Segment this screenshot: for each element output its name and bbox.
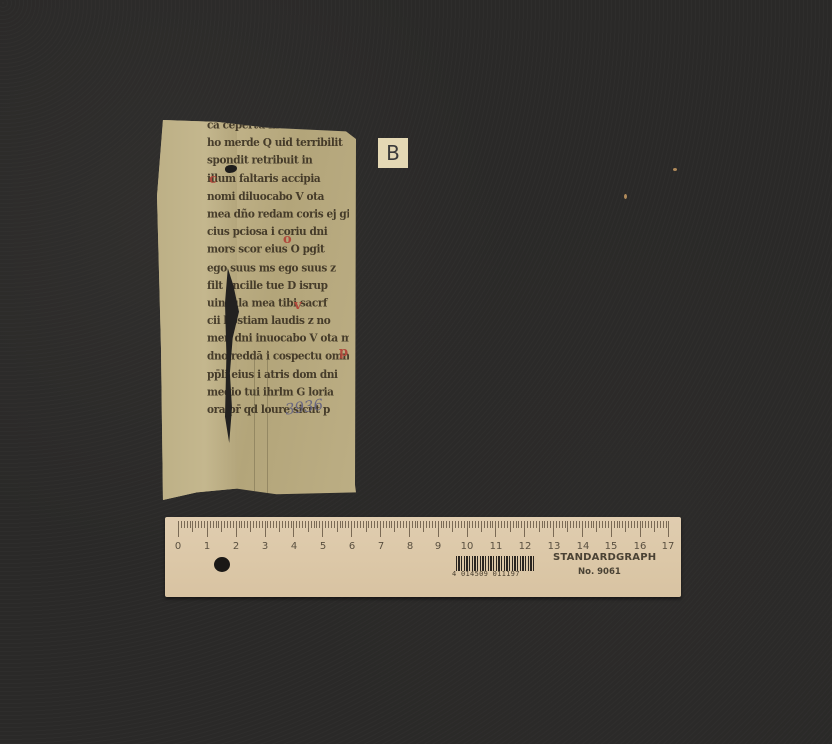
ruler-tick — [663, 521, 664, 528]
rubric-initial: p — [339, 345, 348, 360]
ruler-tick — [432, 521, 433, 528]
ruler-tick — [262, 521, 263, 528]
ruler-tick — [337, 521, 338, 532]
ruler-tick — [640, 521, 641, 537]
text-line: cius pciosa i coriu dni — [207, 223, 349, 241]
ruler-tick — [224, 521, 225, 528]
ruler-tick — [565, 521, 566, 528]
ruler-tick — [637, 521, 638, 528]
ruler-tick — [642, 521, 643, 528]
ruler: 0 1 2 3 4 5 6 7 8 9 10 11 12 13 14 15 16… — [165, 517, 681, 597]
ruler-tick — [374, 521, 375, 528]
ruler-model: No. 9061 — [578, 567, 621, 577]
text-line: ho merde Q uid terribilit — [207, 134, 349, 152]
ruler-tick — [461, 521, 462, 528]
ruler-tick — [617, 521, 618, 528]
ruler-tick — [273, 521, 274, 528]
ruler-tick — [403, 521, 404, 528]
ruler-tick — [325, 521, 326, 528]
dust-speck — [673, 168, 677, 171]
ruler-tick — [386, 521, 387, 528]
ruler-tick — [201, 521, 202, 528]
rubric-initial: o — [283, 232, 292, 247]
ruler-number: 16 — [634, 541, 647, 552]
ruler-number: 6 — [349, 541, 355, 552]
ruler-hang-hole — [214, 557, 230, 572]
ruler-tick — [322, 521, 323, 537]
ruler-tick — [423, 521, 424, 532]
ruler-tick — [187, 521, 188, 528]
ruler-number: 7 — [378, 541, 384, 552]
ruler-tick — [391, 521, 392, 528]
ruler-tick — [250, 521, 251, 532]
ruler-tick — [383, 521, 384, 528]
ruler-tick — [495, 521, 496, 537]
ruler-number: 17 — [662, 541, 675, 552]
ruler-tick — [666, 521, 667, 528]
ruler-tick — [544, 521, 545, 528]
ruler-tick — [409, 521, 410, 537]
rubric-initial: v — [294, 298, 302, 313]
ruler-tick — [244, 521, 245, 528]
ruler-tick — [504, 521, 505, 528]
ruler-tick — [184, 521, 185, 528]
ruler-tick — [366, 521, 367, 532]
ruler-number: 8 — [407, 541, 413, 552]
ruler-tick — [547, 521, 548, 528]
ruler-tick — [542, 521, 543, 528]
ruler-tick — [516, 521, 517, 528]
ruler-tick — [334, 521, 335, 528]
ruler-tick — [518, 521, 519, 528]
ruler-tick — [415, 521, 416, 528]
ruler-tick — [614, 521, 615, 528]
ruler-number: 3 — [262, 541, 268, 552]
dust-speck — [624, 194, 627, 199]
ruler-tick — [311, 521, 312, 528]
ruler-tick — [657, 521, 658, 528]
ruler-tick — [340, 521, 341, 528]
ruler-tick — [645, 521, 646, 528]
ruler-tick — [539, 521, 540, 532]
ruler-tick — [507, 521, 508, 528]
ruler-tick — [291, 521, 292, 528]
ruler-tick — [420, 521, 421, 528]
ruler-tick — [533, 521, 534, 528]
manuscript-fragment: ca cepertu meo omnis ho merde Q uid terr… — [157, 120, 356, 500]
ruler-tick — [576, 521, 577, 528]
ruler-tick — [397, 521, 398, 528]
ruler-tick — [490, 521, 491, 528]
ruler-tick — [394, 521, 395, 532]
ruler-tick — [446, 521, 447, 528]
ruler-tick — [319, 521, 320, 528]
ruler-tick — [190, 521, 191, 528]
parchment-crease — [267, 350, 268, 500]
ruler-tick — [631, 521, 632, 528]
ruler-tick — [449, 521, 450, 528]
ruler-tick — [236, 521, 237, 537]
ruler-tick — [588, 521, 589, 528]
ruler-number: 4 — [291, 541, 297, 552]
ruler-tick — [458, 521, 459, 528]
ruler-tick — [521, 521, 522, 528]
text-line: ca cepertu meo omnis — [207, 116, 349, 134]
ruler-tick — [314, 521, 315, 528]
ruler-tick — [475, 521, 476, 528]
ruler-tick — [305, 521, 306, 528]
ruler-tick — [371, 521, 372, 528]
ruler-tick — [582, 521, 583, 537]
ruler-tick — [363, 521, 364, 528]
ruler-number: 12 — [519, 541, 532, 552]
ruler-tick — [651, 521, 652, 528]
text-line: mea dño redam coris ej gi do — [207, 205, 349, 223]
ruler-tick — [619, 521, 620, 528]
ruler-tick — [328, 521, 329, 528]
ruler-tick — [478, 521, 479, 528]
ruler-tick — [345, 521, 346, 528]
ruler-tick — [181, 521, 182, 528]
ruler-tick — [270, 521, 271, 528]
ruler-tick — [611, 521, 612, 537]
ruler-tick — [276, 521, 277, 528]
ruler-tick — [654, 521, 655, 532]
ruler-tick — [570, 521, 571, 528]
ruler-tick — [608, 521, 609, 528]
ruler-tick — [648, 521, 649, 528]
ruler-tick — [377, 521, 378, 528]
ruler-ticks — [165, 517, 681, 547]
ruler-number: 0 — [175, 541, 181, 552]
ruler-tick — [256, 521, 257, 528]
ruler-tick — [484, 521, 485, 528]
ruler-tick — [455, 521, 456, 528]
ruler-tick — [213, 521, 214, 528]
ruler-tick — [469, 521, 470, 528]
barcode-number: 4 014509 011197 — [452, 570, 520, 578]
ruler-tick — [513, 521, 514, 528]
ruler-tick — [218, 521, 219, 528]
ruler-tick — [550, 521, 551, 528]
ruler-tick — [524, 521, 525, 537]
fragment-label: B — [378, 138, 408, 168]
ruler-tick — [559, 521, 560, 528]
ruler-brand: STANDARDGRAPH — [553, 552, 656, 563]
ruler-tick — [265, 521, 266, 537]
ruler-tick — [605, 521, 606, 528]
ruler-number: 5 — [320, 541, 326, 552]
ruler-tick — [553, 521, 554, 537]
ruler-tick — [628, 521, 629, 528]
ruler-tick — [498, 521, 499, 528]
ruler-tick — [308, 521, 309, 532]
ruler-tick — [579, 521, 580, 528]
ruler-tick — [267, 521, 268, 528]
ruler-tick — [602, 521, 603, 528]
ruler-tick — [354, 521, 355, 528]
ruler-tick — [192, 521, 193, 532]
ruler-tick — [429, 521, 430, 528]
ruler-tick — [360, 521, 361, 528]
ruler-tick — [599, 521, 600, 528]
rubric-initial: c — [209, 172, 217, 187]
label-text: B — [386, 141, 400, 165]
ruler-tick — [293, 521, 294, 537]
ruler-tick — [481, 521, 482, 532]
ruler-tick — [316, 521, 317, 528]
ruler-tick — [593, 521, 594, 528]
ruler-tick — [380, 521, 381, 537]
ruler-tick — [288, 521, 289, 528]
ruler-number: 1 — [204, 541, 210, 552]
ruler-tick — [285, 521, 286, 528]
ruler-tick — [207, 521, 208, 537]
text-line: mors scor eius O pgit — [207, 241, 349, 259]
ruler-tick — [417, 521, 418, 528]
ruler-tick — [510, 521, 511, 532]
text-line: nomi diluocabo V ota — [207, 187, 349, 205]
ruler-tick — [368, 521, 369, 528]
ruler-tick — [230, 521, 231, 528]
ruler-tick — [178, 521, 179, 537]
ruler-tick — [556, 521, 557, 528]
ruler-tick — [239, 521, 240, 528]
ruler-number: 9 — [435, 541, 441, 552]
ruler-tick — [660, 521, 661, 528]
ruler-number: 15 — [605, 541, 618, 552]
ruler-tick — [357, 521, 358, 528]
ruler-tick — [438, 521, 439, 537]
ruler-tick — [527, 521, 528, 528]
ruler-tick — [406, 521, 407, 528]
ruler-tick — [625, 521, 626, 532]
ruler-tick — [435, 521, 436, 528]
barcode — [456, 556, 536, 571]
ruler-tick — [426, 521, 427, 528]
ruler-tick — [634, 521, 635, 528]
ruler-tick — [210, 521, 211, 528]
ruler-tick — [216, 521, 217, 528]
ruler-tick — [400, 521, 401, 528]
ruler-tick — [452, 521, 453, 532]
ruler-tick — [221, 521, 222, 532]
ruler-tick — [296, 521, 297, 528]
ruler-number: 13 — [548, 541, 561, 552]
ruler-tick — [227, 521, 228, 528]
ruler-number: 11 — [490, 541, 503, 552]
ruler-tick — [198, 521, 199, 528]
ruler-tick — [302, 521, 303, 528]
ruler-tick — [668, 521, 669, 537]
ruler-tick — [299, 521, 300, 528]
parchment-crease — [254, 350, 255, 500]
ruler-tick — [253, 521, 254, 528]
ruler-tick — [622, 521, 623, 528]
ruler-tick — [487, 521, 488, 528]
ruler-tick — [412, 521, 413, 528]
ruler-number: 10 — [461, 541, 474, 552]
ruler-tick — [562, 521, 563, 528]
ruler-tick — [348, 521, 349, 528]
ruler-tick — [530, 521, 531, 528]
ruler-tick — [492, 521, 493, 528]
ruler-tick — [443, 521, 444, 528]
ruler-tick — [247, 521, 248, 528]
ruler-tick — [351, 521, 352, 537]
ruler-tick — [279, 521, 280, 532]
ruler-tick — [464, 521, 465, 528]
ruler-tick — [195, 521, 196, 528]
ruler-tick — [233, 521, 234, 528]
ruler-tick — [501, 521, 502, 528]
ruler-tick — [467, 521, 468, 537]
ruler-tick — [591, 521, 592, 528]
ruler-number: 2 — [233, 541, 239, 552]
ruler-tick — [567, 521, 568, 532]
ruler-tick — [573, 521, 574, 528]
ruler-tick — [596, 521, 597, 532]
ruler-tick — [342, 521, 343, 528]
ruler-tick — [259, 521, 260, 528]
ruler-tick — [441, 521, 442, 528]
ruler-tick — [282, 521, 283, 528]
ruler-tick — [331, 521, 332, 528]
ruler-tick — [241, 521, 242, 528]
ruler-tick — [585, 521, 586, 528]
ruler-tick — [536, 521, 537, 528]
ruler-number: 14 — [577, 541, 590, 552]
ruler-tick — [472, 521, 473, 528]
ruler-tick — [389, 521, 390, 528]
ruler-tick — [204, 521, 205, 528]
